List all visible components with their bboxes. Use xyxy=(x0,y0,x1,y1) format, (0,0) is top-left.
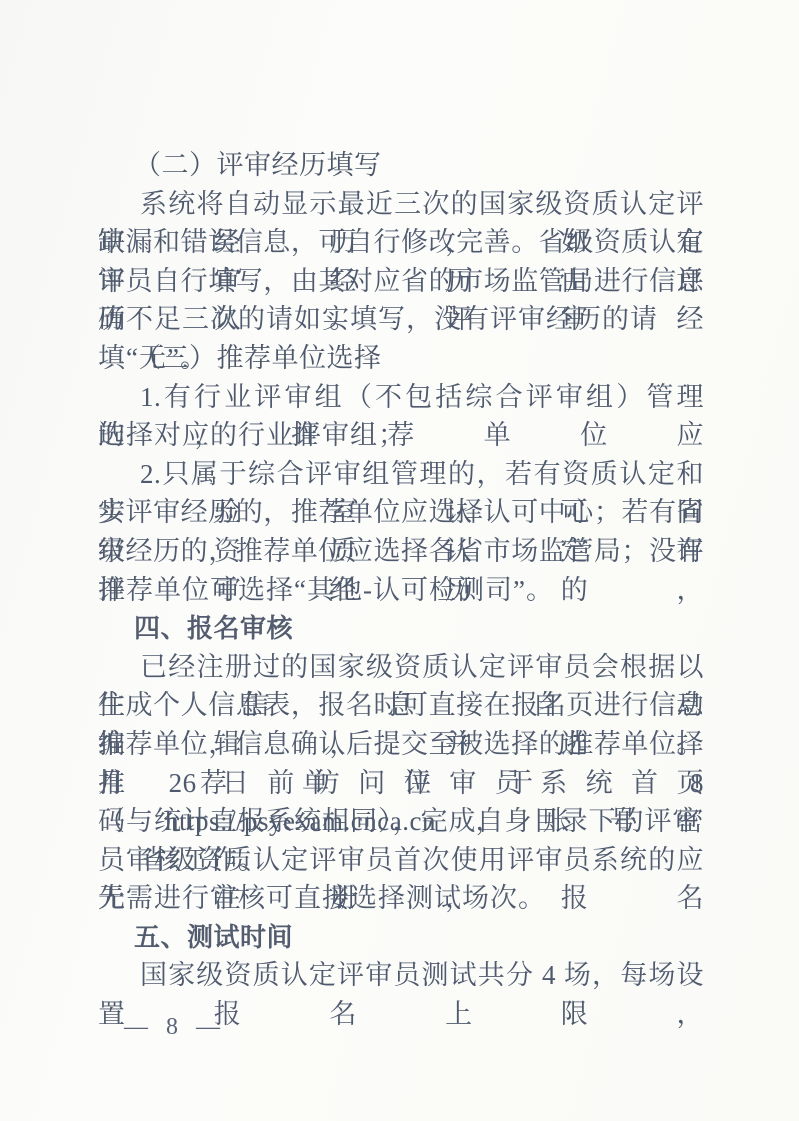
body-line: 1.有行业评审组（不包括综合评审组）管理的，推荐单位应 xyxy=(98,378,704,417)
heading-line: 四、报名审核 xyxy=(98,609,704,648)
page-number: — 8 — xyxy=(124,1014,226,1041)
body-line: 生成个人信息表，报名时可直接在报名页进行信息编辑，并选择 xyxy=(98,686,704,725)
body-line-url: 月 26 日前访问评审员系统首页（https://psyexam.cnca.cn… xyxy=(98,764,704,803)
body-line: 国家级资质认定评审员测试共分 4 场，每场设置报名上限， xyxy=(98,956,704,995)
heading-line: 五、测试时间 xyxy=(98,918,704,957)
body-line: 缺漏和错误信息，可自行修改完善。省级资质认定评审经历由评 xyxy=(98,223,704,262)
body-line: 码与统计直报系统相同），完成自身目录下的评审员审核工作。 xyxy=(98,802,704,841)
body-line: 系统将自动显示最近三次的国家级资质认定评审经历，如有 xyxy=(98,185,704,224)
body-line: 审经历的，推荐单位应选择各省市场监管局；没有评审经历的， xyxy=(98,532,704,571)
body-line: 历不足三次的请如实填写，没有评审经历的请填“无”。 xyxy=(98,300,704,339)
body-line: 省级资质认定评审员首次使用评审员系统的应先注册，报名 xyxy=(98,841,704,880)
subheading-line: （二）评审经历填写 xyxy=(98,146,704,185)
body-line: 审员自行填写，由其对应省的市场监管局进行信息确认。评审经 xyxy=(98,262,704,301)
document-body: （二）评审经历填写 系统将自动显示最近三次的国家级资质认定评审经历，如有 缺漏和… xyxy=(98,146,704,995)
document-page: （二）评审经历填写 系统将自动显示最近三次的国家级资质认定评审经历，如有 缺漏和… xyxy=(0,0,799,1121)
body-line: 步评审经历的，推荐单位应选择认可中心；若有省级资质认定评 xyxy=(98,493,704,532)
body-line: 已经注册过的国家级资质认定评审员会根据以往信息自动 xyxy=(98,648,704,687)
subheading-line: （三）推荐单位选择 xyxy=(98,339,704,378)
body-line: 推荐单位，信息确认后提交至被选择的推荐单位。推荐单位于 8 xyxy=(98,725,704,764)
body-line: 2.只属于综合评审组管理的，若有资质认定和实验室认可同 xyxy=(98,455,704,494)
